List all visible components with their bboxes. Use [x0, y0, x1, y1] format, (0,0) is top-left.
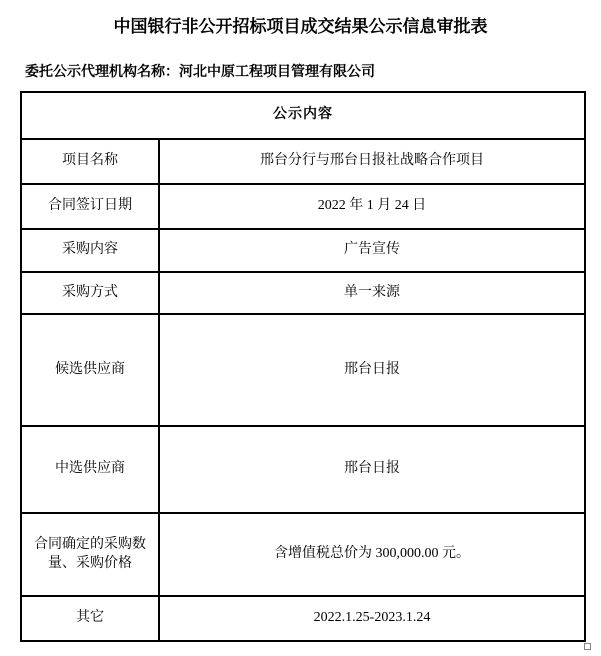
row-value-other: 2022.1.25-2023.1.24	[159, 596, 585, 641]
table-header-title: 公示内容	[21, 92, 585, 139]
table-header-row: 公示内容	[21, 92, 585, 139]
row-label-other: 其它	[21, 596, 159, 641]
row-label-procurement-content: 采购内容	[21, 229, 159, 272]
table-row: 采购方式 单一来源	[21, 272, 585, 314]
row-label-contract-date: 合同签订日期	[21, 184, 159, 229]
table-row: 候选供应商 邢台日报	[21, 314, 585, 426]
row-label-candidate-supplier: 候选供应商	[21, 314, 159, 426]
table-row: 采购内容 广告宣传	[21, 229, 585, 272]
agency-name-line: 委托公示代理机构名称：河北中原工程项目管理有限公司	[25, 61, 375, 81]
page-title: 中国银行非公开招标项目成交结果公示信息审批表	[0, 12, 601, 37]
row-value-project-name: 邢台分行与邢台日报社战略合作项目	[159, 139, 585, 184]
table-row: 其它 2022.1.25-2023.1.24	[21, 596, 585, 641]
table-row: 中选供应商 邢台日报	[21, 426, 585, 513]
row-label-selected-supplier: 中选供应商	[21, 426, 159, 513]
row-value-contract-date: 2022 年 1 月 24 日	[159, 184, 585, 229]
row-label-quantity-price: 合同确定的采购数量、采购价格	[21, 513, 159, 596]
table-row: 合同确定的采购数量、采购价格 含增值税总价为 300,000.00 元。	[21, 513, 585, 596]
row-label-project-name: 项目名称	[21, 139, 159, 184]
row-value-selected-supplier: 邢台日报	[159, 426, 585, 513]
table-row: 项目名称 邢台分行与邢台日报社战略合作项目	[21, 139, 585, 184]
row-value-candidate-supplier: 邢台日报	[159, 314, 585, 426]
row-value-procurement-content: 广告宣传	[159, 229, 585, 272]
row-value-procurement-method: 单一来源	[159, 272, 585, 314]
notice-table: 公示内容 项目名称 邢台分行与邢台日报社战略合作项目 合同签订日期 2022 年…	[20, 91, 586, 642]
row-label-procurement-method: 采购方式	[21, 272, 159, 314]
table-resize-handle[interactable]	[584, 643, 591, 650]
table-row: 合同签订日期 2022 年 1 月 24 日	[21, 184, 585, 229]
row-value-quantity-price: 含增值税总价为 300,000.00 元。	[159, 513, 585, 596]
